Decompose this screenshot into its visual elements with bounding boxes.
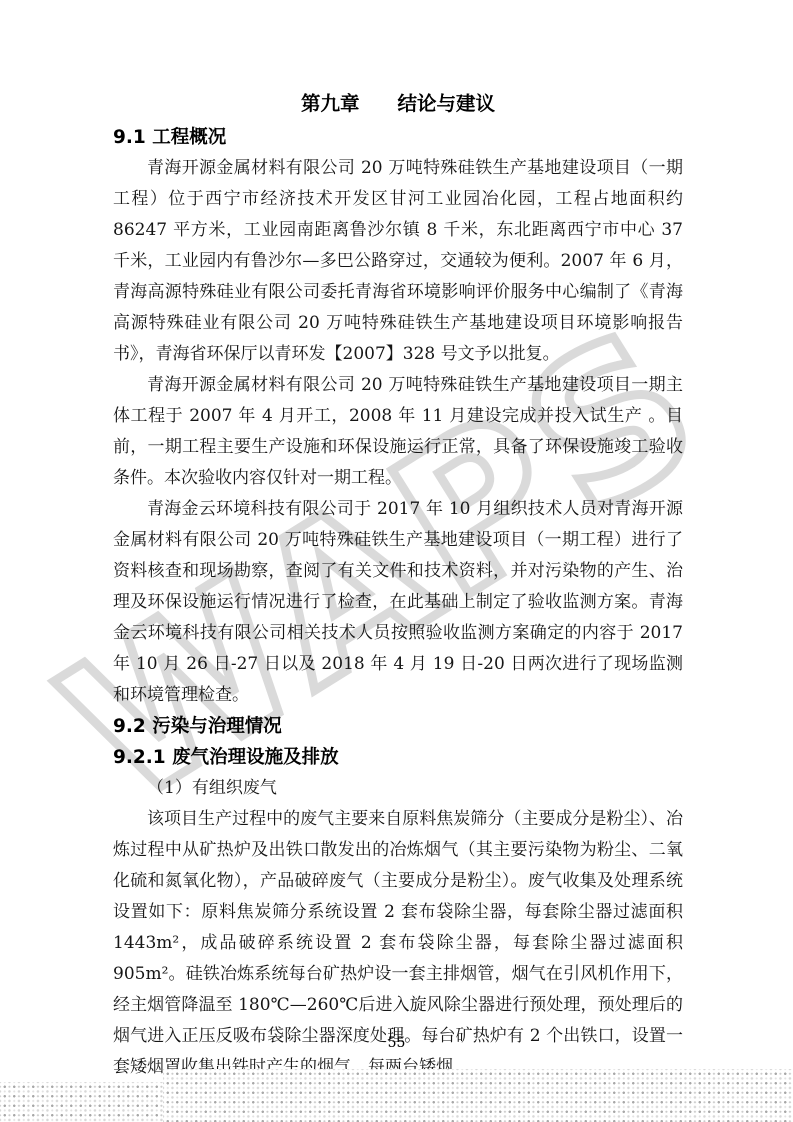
list-item-organized-waste-gas: （1）有组织废气 <box>113 773 683 804</box>
section-heading-9-1: 9.1 工程概况 <box>113 122 683 153</box>
document-page: WAPS 第九章 结论与建议 9.1 工程概况 青海开源金属材料有限公司 20 … <box>0 0 793 1122</box>
paragraph-project-overview-1: 青海开源金属材料有限公司 20 万吨特殊硅铁生产基地建设项目（一期工程）位于西宁… <box>113 153 683 370</box>
paragraph-project-overview-2: 青海开源金属材料有限公司 20 万吨特殊硅铁生产基地建设项目一期主体工程于 20… <box>113 370 683 494</box>
page-number: 55 <box>0 1034 793 1052</box>
bottom-dot-pattern-left <box>0 1082 163 1122</box>
section-heading-9-2-1: 9.2.1 废气治理设施及排放 <box>113 742 683 773</box>
paragraph-project-overview-3: 青海金云环境科技有限公司于 2017 年 10 月组织技术人员对青海开源金属材料… <box>113 494 683 711</box>
chapter-title: 结论与建议 <box>398 88 496 119</box>
chapter-number: 第九章 <box>301 88 360 119</box>
chapter-heading: 第九章 结论与建议 <box>113 88 683 119</box>
section-heading-9-2: 9.2 污染与治理情况 <box>113 711 683 742</box>
document-content: 第九章 结论与建议 9.1 工程概况 青海开源金属材料有限公司 20 万吨特殊硅… <box>113 88 683 1083</box>
bottom-dot-pattern-right <box>163 1069 793 1122</box>
